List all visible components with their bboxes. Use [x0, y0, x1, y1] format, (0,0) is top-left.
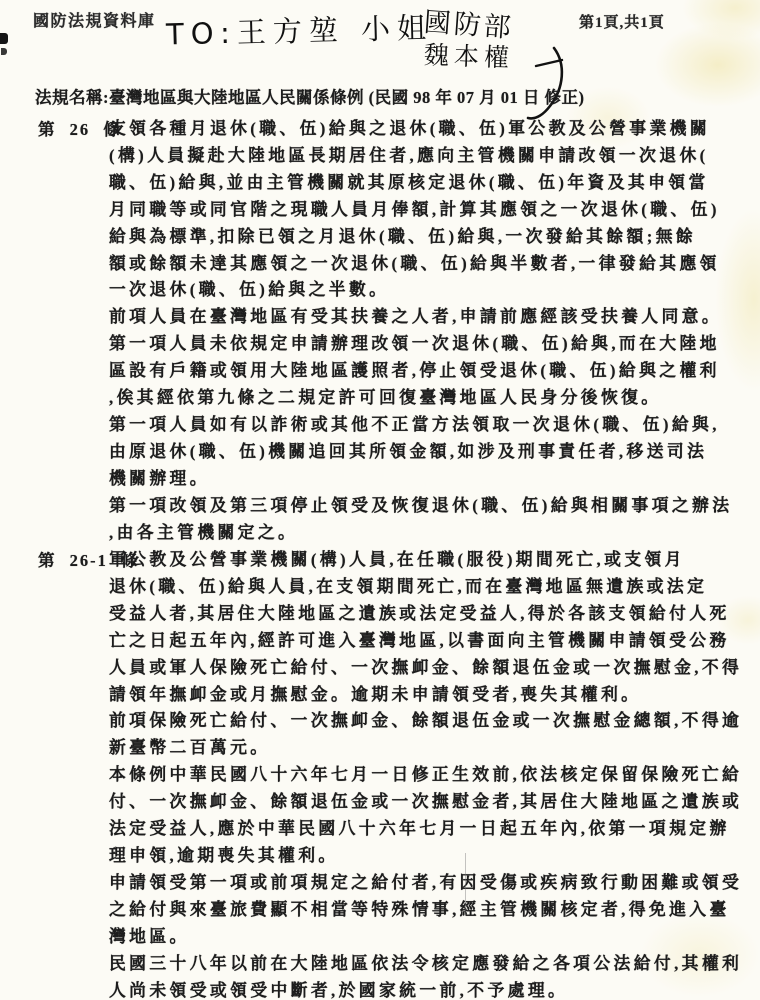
article-line: 月同職等或同官階之現職人員月俸額,計算其應領之一次退休(職、伍): [109, 197, 760, 224]
handwritten-signature: 魏本權: [423, 35, 514, 74]
article-number-label: 第 26 條: [38, 116, 122, 140]
article-line: 本條例中華民國八十六年七月一日修正生效前,依法核定保留保險死亡給: [109, 762, 760, 789]
article-line: 申請領受第一項或前項規定之給付者,有因受傷或疾病致行動困難或領受: [109, 870, 760, 897]
article-line: 軍公教及公營事業機關(構)人員,在任職(服役)期間死亡,或支領月: [109, 547, 760, 574]
article-line: 請領年撫卹金或月撫慰金。逾期未申請領受者,喪失其權利。: [109, 682, 760, 709]
database-source-label: 國防法規資料庫: [33, 8, 156, 31]
article-26-1-text: 軍公教及公營事業機關(構)人員,在任職(服役)期間死亡,或支領月退休(職、伍)給…: [109, 547, 760, 1000]
article-line: 一次退休(職、伍)給與之半數。: [109, 277, 760, 304]
article-line: 灣地區。: [109, 924, 760, 951]
article-line: 受益人者,其居住大陸地區之遺族或法定受益人,得於各該支領給付人死: [109, 601, 760, 628]
article-line: 新臺幣二百萬元。: [109, 735, 760, 762]
article-line: 人尚未領受或領受中斷者,於國家統一前,不予處理。: [109, 978, 760, 1000]
article-line: 給與為標準,扣除已領之月退休(職、伍)給與,一次發給其餘額;無餘: [109, 224, 760, 251]
article-line: 前項保險死亡給付、一次撫卹金、餘額退伍金或一次撫慰金總額,不得逾: [109, 708, 760, 735]
article-line: 前項人員在臺灣地區有受其扶養之人者,申請前應經該受扶養人同意。: [109, 304, 760, 331]
article-line: 第一項人員未依規定申請辦理改領一次退休(職、伍)給與,而在大陸地: [109, 331, 760, 358]
article-line: 付、一次撫卹金、餘額退伍金或一次撫慰金者,其居住大陸地區之遺族或: [109, 789, 760, 816]
article-line: 機關辦理。: [109, 466, 760, 493]
article-line: 人員或軍人保險死亡給付、一次撫卹金、餘額退伍金或一次撫慰金,不得: [109, 655, 760, 682]
article-line: 理申領,逾期喪失其權利。: [109, 843, 760, 870]
article-line: 第一項改領及第三項停止領受及恢復退休(職、伍)給與相關事項之辦法: [109, 493, 760, 520]
article-line: (構)人員擬赴大陸地區長期居住者,應向主管機關申請改領一次退休(: [109, 143, 760, 170]
page-number-indicator: 第1頁,共1頁: [579, 11, 665, 32]
article-line: ,由各主管機關定之。: [109, 520, 760, 547]
article-line: 退休(職、伍)給與人員,在支領期間死亡,而在臺灣地區無遺族或法定: [109, 574, 760, 601]
article-line: 職、伍)給與,並由主管機關就其原核定退休(職、伍)年資及其申領當: [109, 170, 760, 197]
article-line: 支領各種月退休(職、伍)給與之退休(職、伍)軍公教及公營事業機關: [109, 116, 760, 143]
article-26-text: 支領各種月退休(職、伍)給與之退休(職、伍)軍公教及公營事業機關(構)人員擬赴大…: [109, 116, 760, 547]
article-line: 區設有戶籍或領用大陸地區護照者,停止領受退休(職、伍)給與之權利: [109, 358, 760, 385]
scanned-document-page: 國防法規資料庫 TO:王方堃 小姐 國防部 魏本權 第1頁,共1頁 法規名稱:臺…: [0, 0, 760, 1000]
article-line: 額或餘額未達其應領之一次退休(職、伍)給與半數者,一律發給其應領: [109, 251, 760, 278]
article-26-1-block: 第 26-1 條 軍公教及公營事業機關(構)人員,在任職(服役)期間死亡,或支領…: [0, 547, 760, 1000]
paper-crease-line: [465, 853, 466, 915]
article-line: 亡之日起五年內,經許可進入臺灣地區,以書面向主管機關申請領受公務: [109, 628, 760, 655]
scan-edge-smudge: [0, 33, 8, 44]
article-number-label: 第 26-1 條: [38, 547, 140, 571]
article-line: 法定受益人,應於中華民國八十六年七月一日起五年內,依第一項規定辦: [109, 816, 760, 843]
article-line: 由原退休(職、伍)機關追回其所領金額,如涉及刑事責任者,移送司法: [109, 439, 760, 466]
article-line: 之給付與來臺旅費顯不相當等特殊情事,經主管機關核定者,得免進入臺: [109, 897, 760, 924]
scan-edge-smudge: [1, 48, 7, 55]
article-line: ,俟其經依第九條之二規定許可回復臺灣地區人民身分後恢復。: [109, 385, 760, 412]
article-line: 民國三十八年以前在大陸地區依法令核定應發給之各項公法給付,其權利: [109, 951, 760, 978]
article-line: 第一項人員如有以詐術或其他不正當方法領取一次退休(職、伍)給與,: [109, 412, 760, 439]
handwritten-recipient-note: TO:王方堃 小姐: [166, 6, 434, 54]
article-26-block: 第 26 條 支領各種月退休(職、伍)給與之退休(職、伍)軍公教及公營事業機關(…: [0, 116, 760, 547]
law-title: 法規名稱:臺灣地區與大陸地區人民關係條例 (民國 98 年 07 月 01 日 …: [35, 84, 584, 108]
